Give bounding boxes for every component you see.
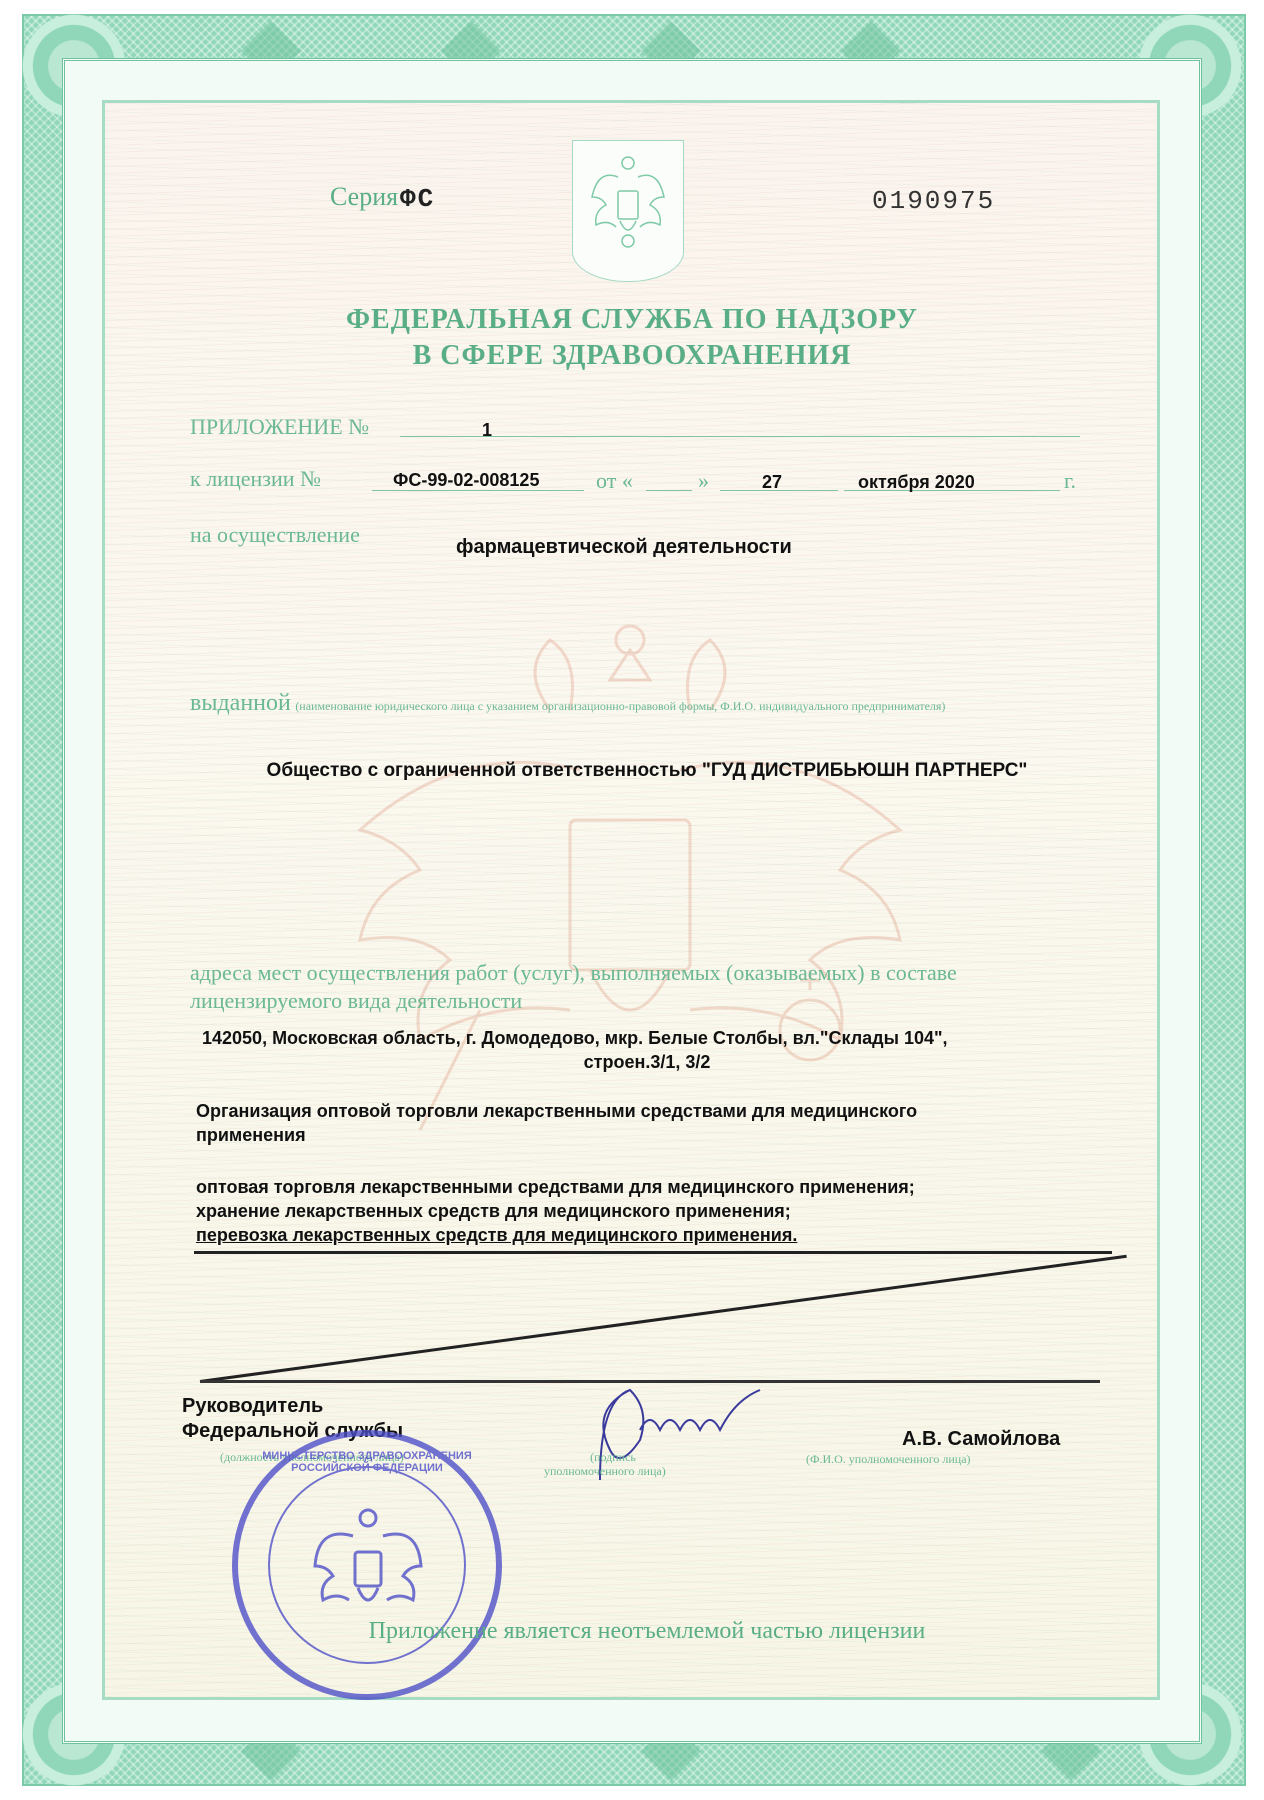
date-close-quote: » [698,468,709,494]
authority-title-line1: ФЕДЕРАЛЬНАЯ СЛУЖБА ПО НАДЗОРУ [0,304,1264,336]
authority-title-line2: В СФЕРЕ ЗДРАВООХРАНЕНИЯ [0,340,1264,372]
work-item: оптовая торговля лекарственными средства… [196,1176,915,1199]
signer-name: А.В. Самойлова [902,1428,1060,1451]
year-suffix: г. [1064,468,1076,494]
date-month-year: октября 2020 [858,472,975,493]
signature-icon [580,1370,800,1500]
activity-label: на осуществление [190,522,360,548]
address-label-line2: лицензируемого вида деятельности [190,988,522,1014]
date-blank-line [646,490,692,491]
work-group-line1: Организация оптовой торговли лекарственн… [196,1100,917,1123]
address-line1: 142050, Московская область, г. Домодедов… [202,1028,948,1049]
series-value: ФС [400,184,435,214]
activity-value: фармацевтической деятельности [456,536,792,559]
organization-name: Общество с ограниченной ответственностью… [0,760,1264,782]
date-from-label: от « [596,468,633,494]
appendix-number: 1 [482,420,492,441]
address-line2: строен.3/1, 3/2 [0,1052,1264,1073]
official-seal: МИНИСТЕРСТВО ЗДРАВООХРАНЕНИЯ РОССИЙСКОЙ … [232,1430,502,1700]
stamp-eagle-icon [313,1506,423,1626]
coat-of-arms-emblem [572,140,684,282]
appendix-label: ПРИЛОЖЕНИЕ № [190,414,369,440]
work-group-line2: применения [196,1124,306,1147]
coat-of-arms-icon [588,151,668,261]
appendix-number-line [400,436,1080,437]
name-hint: (Ф.И.О. уполномоченного лица) [806,1452,971,1467]
license-number: ФС-99-02-008125 [393,470,539,491]
issued-hint: (наименование юридического лица с указан… [295,699,945,713]
series-label: Серия [330,182,398,212]
signature-hint-line2: уполномоченного лица) [544,1464,666,1479]
footer-note: Приложение является неотъемлемой частью … [0,1618,1264,1645]
issued-label-block: выданной (наименование юридического лица… [190,690,1090,717]
stamp-text: МИНИСТЕРСТВО ЗДРАВООХРАНЕНИЯ РОССИЙСКОЙ … [238,1450,496,1474]
signer-position-line1: Руководитель [182,1395,323,1418]
work-item: хранение лекарственных средств для медиц… [196,1200,791,1223]
issued-label: выданной [190,690,291,716]
license-label: к лицензии № [190,466,321,492]
work-item: перевозка лекарственных средств для меди… [196,1224,797,1247]
date-day: 27 [762,472,782,493]
blank-strike-top [194,1251,1112,1254]
address-label-line1: адреса мест осуществления работ (услуг),… [190,960,957,986]
blank-number: 0190975 [872,186,995,216]
signature-hint-line1: (подпись [568,1450,658,1465]
